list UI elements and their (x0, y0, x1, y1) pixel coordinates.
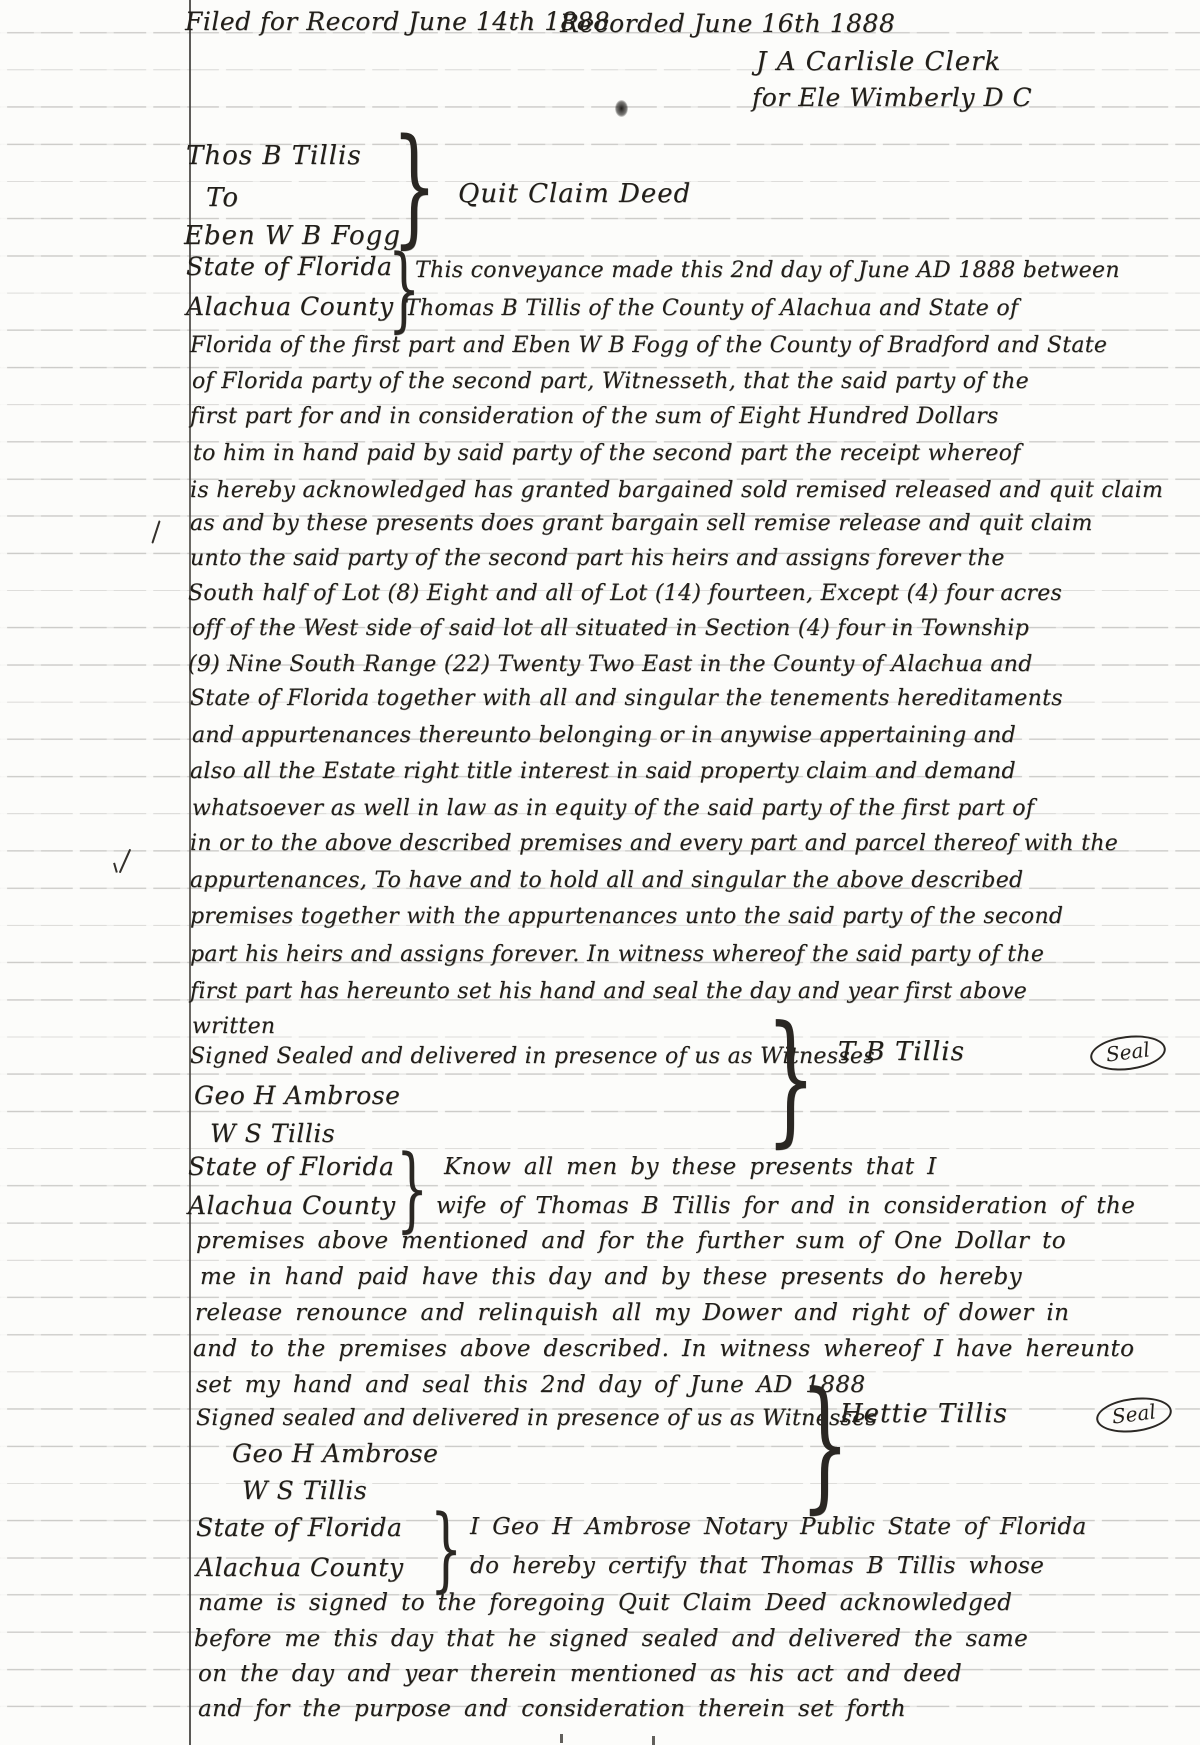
dower-line: wife of Thomas B Tillis for and in consi… (436, 1193, 1135, 1219)
deed-line: written (192, 1014, 275, 1039)
acknowledgment-line: on the day and year therein mentioned as… (198, 1661, 962, 1687)
attestation-statement: Signed sealed and delivered in presence … (196, 1406, 877, 1431)
margin-mark-check (119, 849, 131, 874)
deed-line: unto the said party of the second part h… (190, 546, 1005, 571)
acknowledgment-line: before me this day that he signed sealed… (194, 1626, 1028, 1652)
deed-record-page: Filed for Record June 14th 1888 Recorded… (0, 0, 1200, 1745)
dower-line: and to the premises above described. In … (193, 1336, 1134, 1362)
grantor-signature: T B Tillis (838, 1038, 965, 1068)
caption-brace: } (392, 136, 437, 238)
deed-line: (9) Nine South Range (22) Twenty Two Eas… (188, 652, 1033, 677)
caption-grantor: Thos B Tillis (186, 142, 362, 172)
deed-line: as and by these presents does grant barg… (190, 511, 1093, 536)
venue3-state: State of Florida (196, 1514, 402, 1543)
caption-to: To (206, 184, 239, 214)
deed-line: first part for and in consideration of t… (190, 404, 999, 429)
deed-line: State of Florida together with all and s… (190, 686, 1063, 711)
deed-line: of Florida party of the second part, Wit… (192, 369, 1029, 394)
deed-line: in or to the above described premises an… (190, 831, 1118, 856)
acknowledgment-line: and for the purpose and consideration th… (198, 1696, 906, 1722)
seal-badge: Seal (1094, 1394, 1173, 1437)
attestation1-brace: } (766, 1022, 816, 1136)
deed-line: off of the West side of said lot all sit… (192, 616, 1029, 641)
ink-blot (615, 100, 628, 117)
witness-signature: W S Tillis (210, 1120, 335, 1149)
venue3-brace: } (430, 1512, 462, 1586)
acknowledgment-line: do hereby certify that Thomas B Tillis w… (470, 1553, 1044, 1579)
clerk-deputy-line: for Ele Wimberly D C (752, 84, 1032, 113)
filed-for-record-line: Filed for Record June 14th 1888 (185, 8, 610, 37)
deed-line: This conveyance made this 2nd day of Jun… (415, 258, 1120, 283)
acknowledgment-line: name is signed to the foregoing Quit Cla… (198, 1590, 1012, 1616)
dower-line: set my hand and seal this 2nd day of Jun… (196, 1372, 866, 1398)
dower-line: release renounce and relinquish all my D… (195, 1300, 1069, 1326)
deed-line: and appurtenances thereunto belonging or… (192, 723, 1016, 748)
deed-line: whatsoever as well in law as in equity o… (192, 796, 1034, 821)
deed-line: Florida of the first part and Eben W B F… (190, 333, 1107, 358)
venue1-county: Alachua County (186, 293, 394, 322)
caption-grantee: Eben W B Fogg (184, 222, 401, 252)
venue2-county: Alachua County (188, 1192, 396, 1221)
scan-artifact (560, 1734, 563, 1743)
dower-line: premises above mentioned and for the fur… (196, 1228, 1066, 1254)
deed-line: is hereby acknowledged has granted barga… (190, 478, 1163, 503)
dower-line: Know all men by these presents that I (444, 1154, 937, 1180)
deed-line: also all the Estate right title interest… (190, 759, 1016, 784)
venue1-state: State of Florida (186, 253, 392, 282)
deed-line: appurtenances, To have and to hold all a… (190, 868, 1023, 893)
deed-line: South half of Lot (8) Eight and all of L… (188, 581, 1062, 606)
deed-line: first part has hereunto set his hand and… (190, 979, 1027, 1004)
deed-line: part his heirs and assigns forever. In w… (190, 942, 1044, 967)
clerk-signature: J A Carlisle Clerk (756, 48, 1001, 78)
venue3-county: Alachua County (196, 1554, 404, 1583)
recorded-line: Recorded June 16th 1888 (560, 10, 895, 39)
seal-badge: Seal (1088, 1032, 1167, 1075)
dower-line: me in hand paid have this day and by the… (200, 1264, 1022, 1290)
instrument-title: Quit Claim Deed (458, 180, 691, 210)
deed-line: Thomas B Tillis of the County of Alachua… (405, 296, 1018, 321)
deed-line: premises together with the appurtenances… (190, 904, 1063, 929)
venue2-brace: } (396, 1152, 428, 1226)
acknowledgment-line: I Geo H Ambrose Notary Public State of F… (470, 1514, 1087, 1540)
venue2-state: State of Florida (188, 1153, 394, 1182)
witness-signature: W S Tillis (242, 1477, 367, 1506)
wife-signature: Hettie Tillis (840, 1400, 1008, 1430)
witness-signature: Geo H Ambrose (232, 1440, 438, 1469)
scan-artifact (652, 1736, 655, 1745)
margin-mark-slash (151, 520, 160, 543)
witness-signature: Geo H Ambrose (194, 1082, 400, 1111)
deed-line: to him in hand paid by said party of the… (193, 441, 1021, 466)
